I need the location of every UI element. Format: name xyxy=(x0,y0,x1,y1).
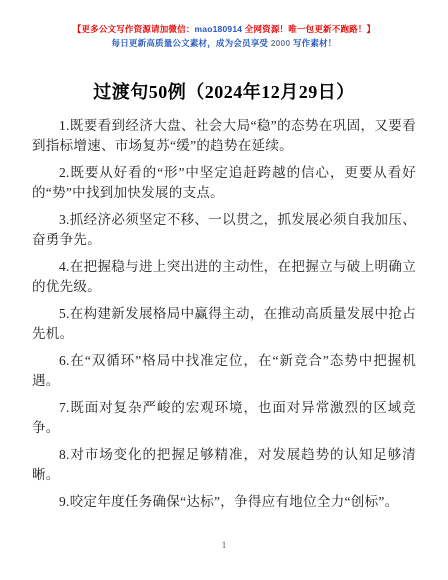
list-item: 1.既要看到经济大盘、社会大局“稳”的态势在巩固，又要看到指标增速、市场复苏“缓… xyxy=(32,116,416,156)
promo-header: 【更多公文写作资源请加微信：mao180914 全网资源！唯一包更新不跑路！】 … xyxy=(32,22,416,50)
list-item: 6.在“双循环”格局中找准定位，在“新竞合”态势中把握机遇。 xyxy=(32,351,416,391)
promo-line2-suffix: 写作素材！ xyxy=(290,38,336,48)
list-item: 3.抓经济必须坚定不移、一以贯之，抓发展必须自我加压、奋勇争先。 xyxy=(32,210,416,250)
promo-line2-number: 2000 xyxy=(271,38,291,48)
document-body: 1.既要看到经济大盘、社会大局“稳”的态势在巩固，又要看到指标增速、市场复苏“缓… xyxy=(32,116,416,512)
list-item: 9.咬定年度任务确保“达标”，争得应有地位全力“创标”。 xyxy=(32,492,416,512)
list-item: 8.对市场变化的把握足够精准，对发展趋势的认知足够清晰。 xyxy=(32,445,416,485)
page-title: 过渡句50例（2024年12月29日） xyxy=(32,78,416,104)
promo-header-line1: 【更多公文写作资源请加微信：mao180914 全网资源！唯一包更新不跑路！】 xyxy=(32,22,416,36)
promo-line2-prefix: 每日更新高质量公文素材，成为会员享受 xyxy=(112,38,271,48)
promo-wechat-id: mao180914 xyxy=(195,24,243,34)
list-item: 4.在把握稳与进上突出进的主动性，在把握立与破上明确立的优先级。 xyxy=(32,257,416,297)
document-page: 【更多公文写作资源请加微信：mao180914 全网资源！唯一包更新不跑路！】 … xyxy=(0,0,448,580)
list-item: 5.在构建新发展格局中赢得主动，在推动高质量发展中抢占先机。 xyxy=(32,304,416,344)
list-item: 2.既要从好看的“形”中坚定追赶跨越的信心，更要从看好的“势”中找到加快发展的支… xyxy=(32,163,416,203)
page-number: 1 xyxy=(0,540,448,550)
list-item: 7.既面对复杂严峻的宏观环境，也面对异常激烈的区域竞争。 xyxy=(32,398,416,438)
promo-line1-prefix: 【更多公文写作资源请加微信： xyxy=(73,24,195,34)
promo-line1-suffix: 全网资源！唯一包更新不跑路！】 xyxy=(242,24,375,34)
promo-header-line2: 每日更新高质量公文素材，成为会员享受 2000 写作素材！ xyxy=(32,36,416,50)
